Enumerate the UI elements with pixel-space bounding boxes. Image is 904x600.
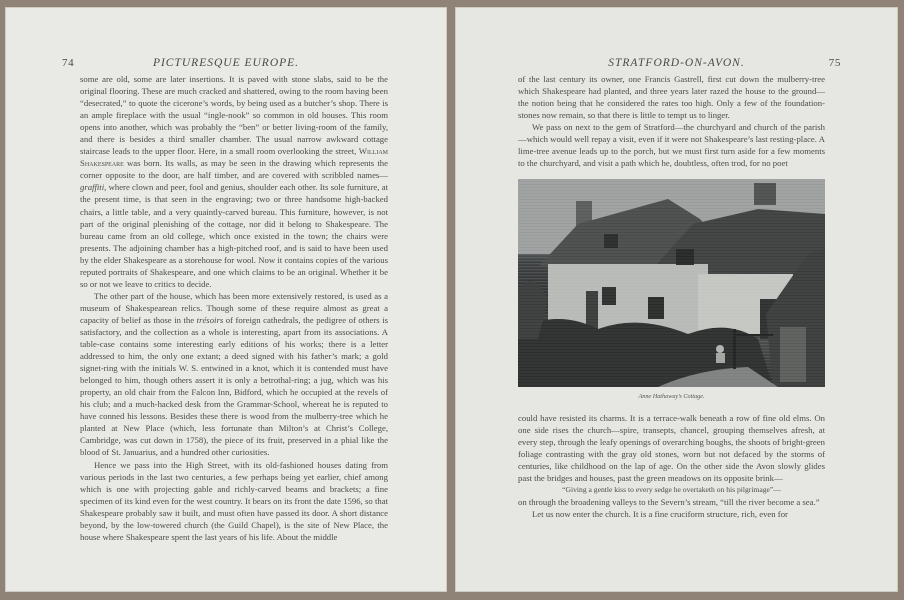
body-text-top: of the last century its owner, one Franc… <box>518 73 825 169</box>
engraving-illustration <box>518 179 825 387</box>
paragraph: The other part of the house, which has b… <box>80 290 388 459</box>
italic-term: graffiti <box>80 182 104 192</box>
text-run: was born. Its walls, as may be seen in t… <box>80 158 388 180</box>
cottage-engraving <box>518 179 825 387</box>
paragraph: Let us now enter the church. It is a fin… <box>518 508 825 520</box>
verse-quote: “Giving a gentle kiss to every sedge he … <box>518 484 825 496</box>
running-head-title: PICTURESQUE EUROPE. <box>5 57 447 69</box>
paragraph: Hence we pass into the High Street, with… <box>80 459 388 543</box>
text-run: , where clown and peer, fool and genius,… <box>80 182 388 288</box>
right-page: STRATFORD-ON-AVON. 75 of the last centur… <box>455 7 898 592</box>
running-header: STRATFORD-ON-AVON. 75 <box>455 57 898 73</box>
body-text: some are old, some are later insertions.… <box>80 73 388 543</box>
paragraph: We pass on next to the gem of Stratford—… <box>518 121 825 169</box>
running-header: 74 PICTURESQUE EUROPE. <box>5 57 447 73</box>
page-number: 75 <box>829 57 841 69</box>
text-run: some are old, some are later insertions.… <box>80 74 388 156</box>
italic-term: trésoirs <box>197 315 224 325</box>
text-run: of foreign cathedrals, the pedigree of o… <box>80 315 388 458</box>
paragraph: on through the broadening valleys to the… <box>518 496 825 508</box>
paragraph: some are old, some are later insertions.… <box>80 73 388 290</box>
paragraph: could have resisted its charms. It is a … <box>518 412 825 484</box>
left-page: 74 PICTURESQUE EUROPE. some are old, som… <box>5 7 447 592</box>
illustration-caption: Anne Hathaway’s Cottage. <box>518 393 825 400</box>
paragraph: of the last century its owner, one Franc… <box>518 73 825 121</box>
body-text-bottom: could have resisted its charms. It is a … <box>518 412 825 520</box>
text-run: Hence we pass into the High Street, with… <box>80 460 388 542</box>
